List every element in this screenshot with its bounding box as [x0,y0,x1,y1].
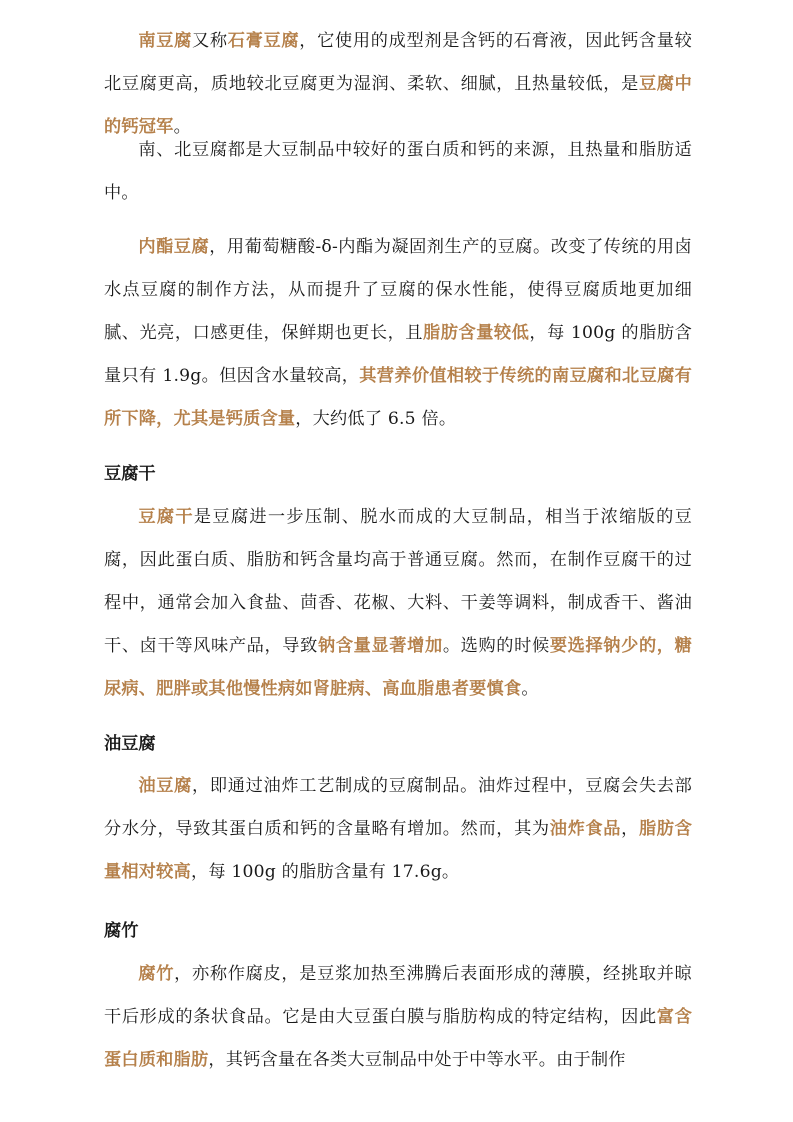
body-text: 南、北豆腐都是大豆制品中较好的蛋白质和钙的来源，且热量和脂肪适中。 [104,140,692,203]
section-heading-fried-tofu: 油豆腐 [104,723,156,766]
paragraph-fried-tofu: 油豆腐，即通过油炸工艺制成的豆腐制品。油炸过程中，豆腐会失去部分水分，导致其蛋白… [104,765,692,894]
highlight-term: 豆腐干 [138,507,193,527]
highlight-term: 油炸食品 [550,819,621,839]
highlight-term: 南豆腐 [138,31,192,51]
highlight-term: 石膏豆腐 [228,31,300,51]
body-text: 又称 [192,31,228,51]
paragraph-dried-tofu: 豆腐干是豆腐进一步压制、脱水而成的大豆制品，相当于浓缩版的豆腐，因此蛋白质、脂肪… [104,496,692,711]
paragraph-yuba: 腐竹，亦称作腐皮，是豆浆加热至沸腾后表面形成的薄膜，经挑取并晾干后形成的条状食品… [104,953,692,1082]
highlight-term: 腐竹 [138,964,174,984]
body-text: ，大约低了 6.5 倍。 [295,409,456,429]
body-text: ，亦称作腐皮，是豆浆加热至沸腾后表面形成的薄膜，经挑取并晾干后形成的条状食品。它… [104,964,692,1027]
paragraph-lactone-tofu: 内酯豆腐，用葡萄糖酸-δ-内酯为凝固剂生产的豆腐。改变了传统的用卤水点豆腐的制作… [104,226,692,441]
body-text: ，其钙含量在各类大豆制品中处于中等水平。由于制作 [208,1050,625,1070]
section-heading-yuba: 腐竹 [104,910,138,953]
body-text: 。选购的时候 [443,636,550,656]
section-heading-dried-tofu: 豆腐干 [104,453,156,496]
body-text: ， [621,819,639,839]
paragraph-north-south-summary: 南、北豆腐都是大豆制品中较好的蛋白质和钙的来源，且热量和脂肪适中。 [104,129,692,215]
highlight-term: 脂肪含量较低 [423,323,529,343]
highlight-term: 钠含量显著增加 [318,636,443,656]
body-text: ，每 100g 的脂肪含量有 17.6g。 [191,862,459,882]
body-text: 是豆腐进一步压制、脱水而成的大豆制品，相当于浓缩版的豆腐，因此蛋白质、脂肪和钙含… [104,507,692,656]
highlight-term: 油豆腐 [138,776,192,796]
body-text: 。 [521,679,538,699]
highlight-term: 内酯豆腐 [138,237,209,257]
